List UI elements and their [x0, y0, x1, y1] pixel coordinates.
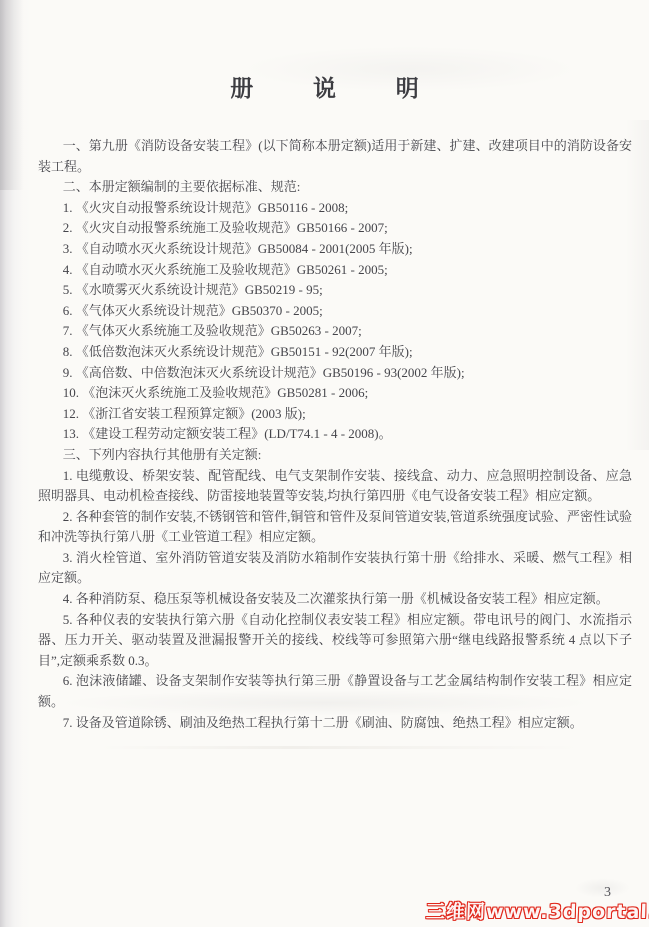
other-volume-item-6: 6. 泡沫液储罐、设备支架制作安装等执行第三册《静置设备与工艺金属结构制作安装工… — [38, 671, 632, 712]
standard-item-12: 12. 《浙江省安装工程预算定额》(2003 版); — [38, 404, 632, 425]
standard-item-9: 9. 《高倍数、中倍数泡沫灭火系统设计规范》GB50196 - 93(2002 … — [38, 363, 632, 384]
standard-item-7: 7. 《气体灭火系统施工及验收规范》GB50263 - 2007; — [38, 321, 632, 342]
standard-item-1: 1. 《火灾自动报警系统设计规范》GB50116 - 2008; — [38, 198, 632, 219]
document-content: 一、第九册《消防设备安装工程》(以下简称本册定额)适用于新建、扩建、改建项目中的… — [0, 136, 649, 733]
scanned-page: 册 说 明 一、第九册《消防设备安装工程》(以下简称本册定额)适用于新建、扩建、… — [0, 0, 649, 927]
other-volume-item-1: 1. 电缆敷设、桥架安装、配管配线、电气支架制作安装、接线盒、动力、应急照明控制… — [38, 466, 632, 507]
standard-item-2: 2. 《火灾自动报警系统施工及验收规范》GB50166 - 2007; — [38, 218, 632, 239]
other-volume-item-4: 4. 各种消防泵、稳压泵等机械设备安装及二次灌浆执行第一册《机械设备安装工程》相… — [38, 589, 632, 610]
other-volume-item-3: 3. 消火栓管道、室外消防管道安装及消防水箱制作安装执行第十册《给排水、采暖、燃… — [38, 548, 632, 589]
other-volume-item-5: 5. 各种仪表的安装执行第六册《自动化控制仪表安装工程》相应定额。带电讯号的阀门… — [38, 610, 632, 672]
standard-item-6: 6. 《气体灭火系统设计规范》GB50370 - 2005; — [38, 301, 632, 322]
standard-item-3: 3. 《自动喷水灭火系统设计规范》GB50084 - 2001(2005 年版)… — [38, 239, 632, 260]
para-applicability: 一、第九册《消防设备安装工程》(以下简称本册定额)适用于新建、扩建、改建项目中的… — [38, 136, 632, 177]
other-volume-item-7: 7. 设备及管道除锈、刷油及绝热工程执行第十二册《刷油、防腐蚀、绝热工程》相应定… — [38, 713, 632, 734]
standard-item-13: 13. 《建设工程劳动定额安装工程》(LD/T74.1 - 4 - 2008)。 — [38, 424, 632, 445]
standard-item-10: 10. 《泡沫灭火系统施工及验收规范》GB50281 - 2006; — [38, 383, 632, 404]
para-other-volumes-heading: 三、下列内容执行其他册有关定额: — [38, 445, 632, 466]
watermark: 三维网www.3dportal.cn — [426, 897, 649, 924]
standard-item-8: 8. 《低倍数泡沫灭火系统设计规范》GB50151 - 92(2007 年版); — [38, 342, 632, 363]
para-standards-heading: 二、本册定额编制的主要依据标准、规范: — [38, 177, 632, 198]
standard-item-4: 4. 《自动喷水灭火系统施工及验收规范》GB50261 - 2005; — [38, 260, 632, 281]
page-title: 册 说 明 — [0, 0, 649, 103]
scan-artifact — [100, 746, 580, 749]
other-volume-item-2: 2. 各种套管的制作安装,不锈钢管和管件,铜管和管件及泵间管道安装,管道系统强度… — [38, 507, 632, 548]
scan-artifact — [575, 878, 630, 898]
standard-item-5: 5. 《水喷雾灭火系统设计规范》GB50219 - 95; — [38, 280, 632, 301]
